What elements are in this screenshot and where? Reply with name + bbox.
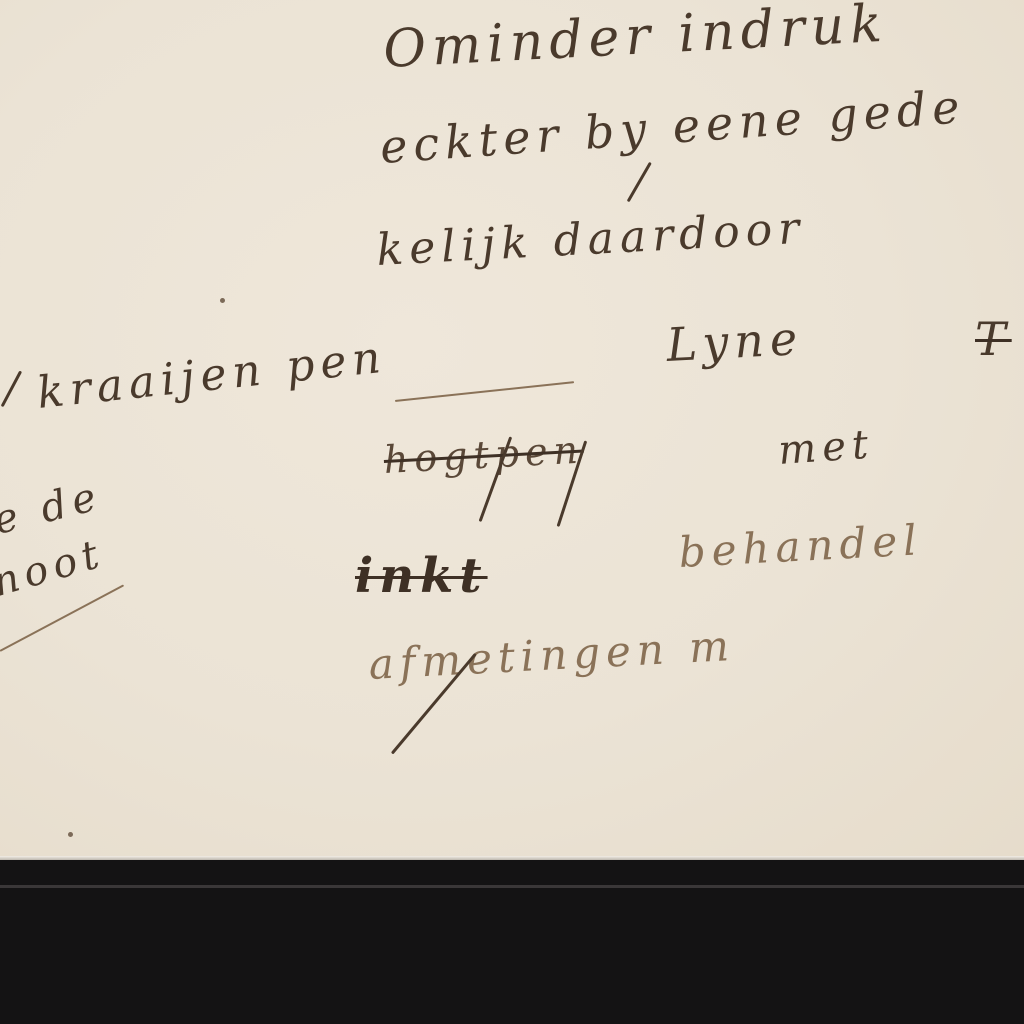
ink-speck bbox=[220, 298, 225, 303]
text-line-1: Ominder indruk bbox=[382, 0, 889, 80]
margin-note-3: noot bbox=[0, 530, 110, 606]
text-line-7: afmetingen m bbox=[367, 621, 736, 689]
text-line-6-struck-word: inkt bbox=[355, 548, 488, 604]
mount-ridge bbox=[0, 885, 1024, 888]
descender-y bbox=[627, 162, 652, 202]
text-line-4: Lyne bbox=[665, 311, 804, 372]
text-line-3: kelijk daardoor bbox=[375, 203, 806, 276]
text-line-5: met bbox=[777, 421, 876, 474]
ink-speck bbox=[68, 832, 73, 837]
margin-mark bbox=[1, 370, 22, 407]
text-line-4-struck: T bbox=[975, 312, 1012, 366]
manuscript-page: Ominder indruk eckter by eene gede kelij… bbox=[0, 0, 1024, 858]
text-line-5-struck-word: hogtpen bbox=[383, 428, 585, 482]
margin-underline bbox=[395, 381, 574, 402]
text-line-6: behandel bbox=[677, 515, 923, 577]
text-line-2: eckter by eene gede bbox=[378, 79, 967, 174]
margin-note-1: kraaijen pen bbox=[35, 332, 389, 419]
